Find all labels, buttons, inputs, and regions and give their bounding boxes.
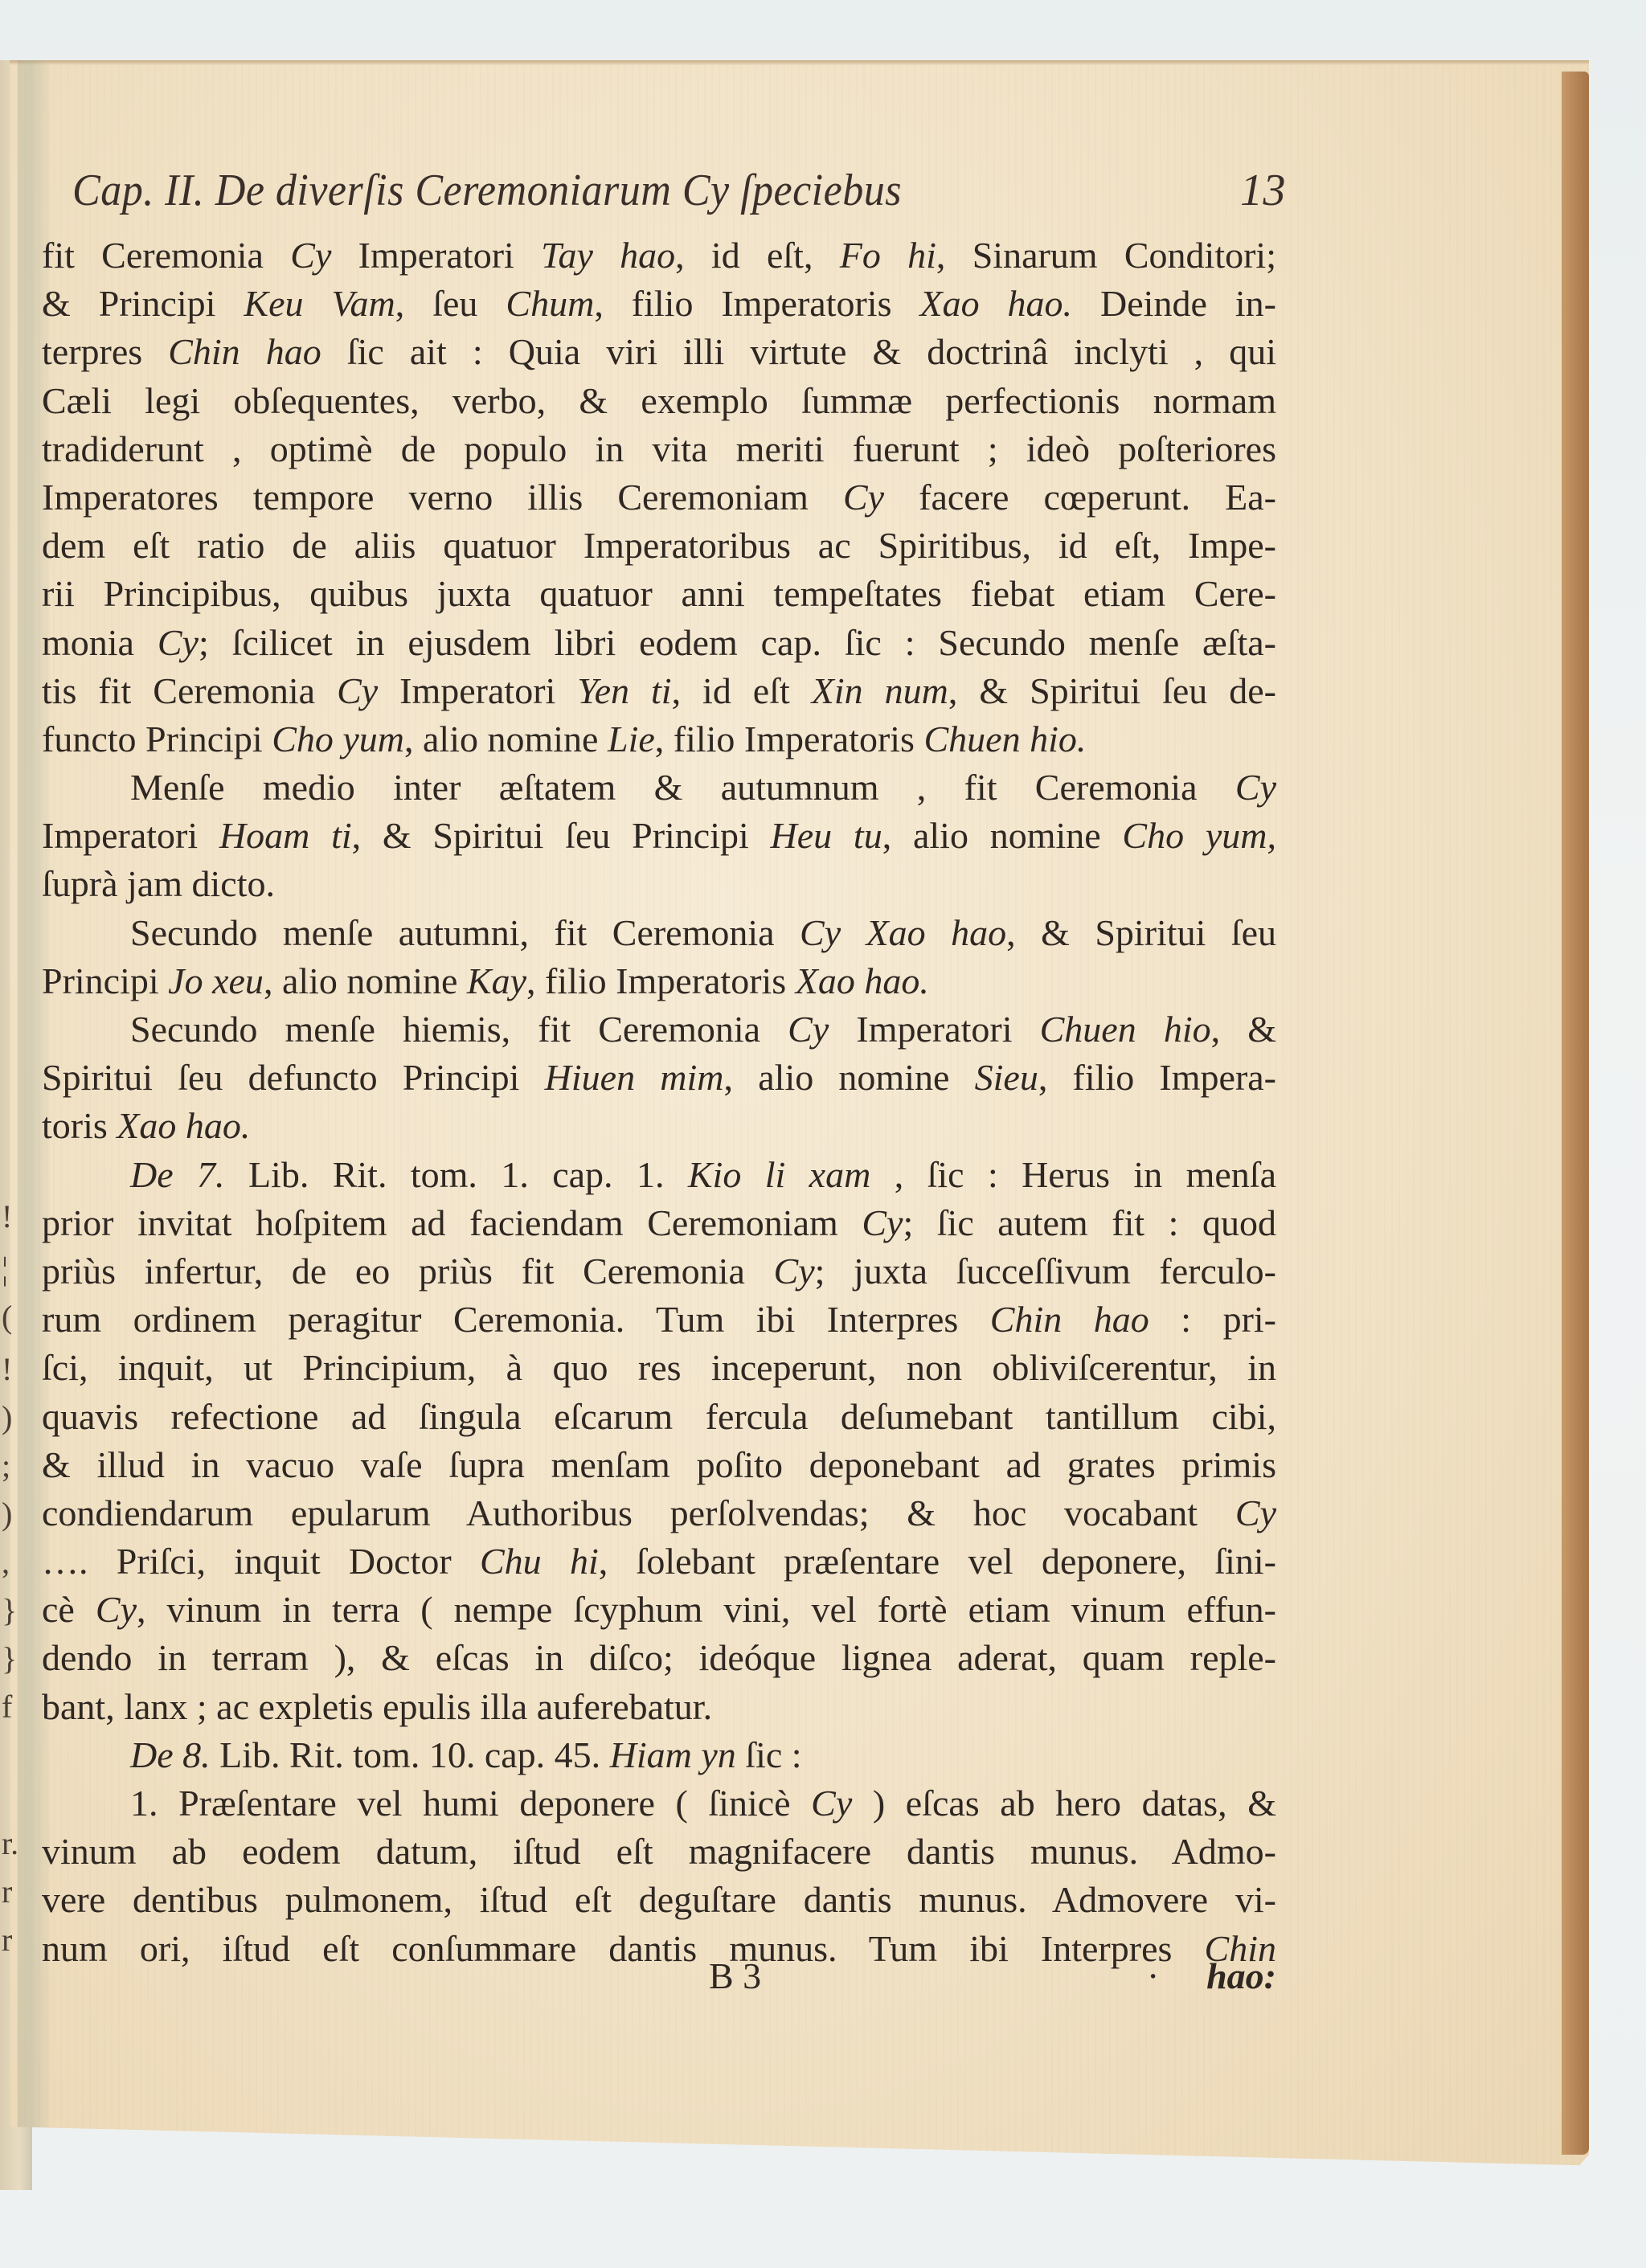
text-segment: vere dentibus pulmonem, iſtud eſt deguſt… — [42, 1879, 1276, 1920]
italic-segment: Cy — [337, 670, 378, 711]
text-segment: , & Spiritui ſeu — [1006, 912, 1276, 953]
text-segment: ; ſic autem fit : quod — [903, 1202, 1276, 1243]
text-segment: Spiritui ſeu defuncto Principi — [42, 1057, 545, 1098]
text-segment: monia — [42, 622, 158, 663]
text-segment: ; ſcilicet in ejusdem libri eodem cap. ſ… — [199, 622, 1276, 663]
text-segment: dendo in terram ), & eſcas in diſco; ide… — [42, 1637, 1276, 1678]
text-line: prior invitat hoſpitem ad faciendam Cere… — [42, 1199, 1276, 1247]
italic-segment: Cy — [290, 235, 331, 276]
text-line: dem eſt ratio de aliis quatuor Imperator… — [42, 522, 1276, 570]
text-line: Spiritui ſeu defuncto Principi Hiuen mim… — [42, 1054, 1276, 1102]
text-segment: terpres — [42, 331, 168, 372]
text-line: rii Principibus, quibus juxta quatuor an… — [42, 570, 1276, 618]
text-segment: & Principi — [42, 283, 244, 324]
text-line: Menſe medio inter æſtatem & autumnum , f… — [42, 764, 1276, 812]
text-line: Cæli legi obſequentes, verbo, & exemplo … — [42, 377, 1276, 425]
text-segment: dem eſt ratio de aliis quatuor Imperator… — [42, 525, 1276, 566]
italic-segment: Chuen hio — [1040, 1009, 1211, 1050]
text-segment: cè — [42, 1589, 96, 1630]
text-line: priùs infertur, de eo priùs fit Ceremoni… — [42, 1247, 1276, 1296]
text-segment: Principi — [42, 960, 168, 1001]
italic-segment: Cy — [774, 1251, 815, 1292]
text-segment: facere cœperunt. Ea- — [884, 477, 1276, 518]
text-segment: priùs infertur, de eo priùs fit Ceremoni… — [42, 1251, 774, 1292]
text-segment: tis fit Ceremonia — [42, 670, 337, 711]
italic-segment: Cy — [811, 1783, 852, 1824]
text-segment: rum ordinem peragitur Ceremonia. Tum ibi… — [42, 1299, 990, 1340]
italic-segment: Cy — [862, 1202, 903, 1243]
text-segment: functo Principi — [42, 718, 272, 759]
text-line: Imperatori Hoam ti, & Spiritui ſeu Princ… — [42, 812, 1276, 860]
catchword: hao: — [1206, 1955, 1276, 1997]
text-line: tradiderunt , optimè de populo in vita m… — [42, 425, 1276, 473]
text-line: ſci, inquit, ut Principium, à quo res in… — [42, 1344, 1276, 1392]
text-segment: , & Spiritui ſeu Principi — [352, 815, 771, 856]
italic-segment: Tay hao — [541, 235, 675, 276]
text-line: 1. Præſentare vel humi deponere ( ſinicè… — [42, 1779, 1276, 1828]
italic-segment: Kay — [467, 960, 526, 1001]
margin-mark: ! — [2, 1197, 12, 1235]
text-segment: rii Principibus, quibus juxta quatuor an… — [42, 573, 1276, 614]
italic-segment: Heu tu — [771, 815, 882, 856]
margin-mark: r — [2, 1873, 12, 1910]
text-segment: Secundo menſe autumni, fit Ceremonia — [130, 912, 800, 953]
text-line: toris Xao hao. — [42, 1102, 1276, 1150]
italic-segment: Chin hao — [168, 331, 321, 372]
italic-segment: De 8. — [130, 1734, 211, 1775]
italic-segment: Yen ti — [577, 670, 671, 711]
text-segment: , filio Impera- — [1038, 1057, 1276, 1098]
text-line: Secundo menſe autumni, fit Ceremonia Cy … — [42, 909, 1276, 957]
margin-mark: , — [2, 1543, 10, 1581]
text-segment: ) eſcas ab hero datas, & — [852, 1783, 1276, 1824]
text-line: & Principi Keu Vam, ſeu Chum, filio Impe… — [42, 280, 1276, 328]
text-segment: , alio nomine — [724, 1057, 975, 1098]
margin-mark: } — [2, 1591, 17, 1629]
italic-segment: Cy — [788, 1009, 829, 1050]
italic-segment: Hoam ti — [219, 815, 352, 856]
text-segment: prior invitat hoſpitem ad faciendam Cere… — [42, 1202, 862, 1243]
text-segment: & illud in vacuo vaſe ſupra menſam poſit… — [42, 1444, 1276, 1485]
text-segment: Cæli legi obſequentes, verbo, & exemplo … — [42, 380, 1276, 421]
text-line: functo Principi Cho yum, alio nomine Lie… — [42, 715, 1276, 764]
italic-segment: Cho yum, — [1122, 815, 1276, 856]
text-segment: Imperatori — [829, 1009, 1039, 1050]
text-segment: ſic ait : Quia viri illi virtute & doctr… — [321, 331, 1276, 372]
text-line: monia Cy; ſcilicet in ejusdem libri eode… — [42, 619, 1276, 667]
margin-mark: ( — [2, 1298, 12, 1336]
text-segment: , id eſt — [672, 670, 812, 711]
margin-mark: ) — [2, 1495, 12, 1533]
text-segment: , id eſt, — [675, 235, 840, 276]
page-top-edge — [10, 60, 1589, 65]
text-line: ſuprà jam dicto. — [42, 860, 1276, 908]
text-segment: ſic : — [736, 1734, 802, 1775]
italic-segment: De 7. — [130, 1154, 225, 1195]
text-line: rum ordinem peragitur Ceremonia. Tum ibi… — [42, 1296, 1276, 1344]
text-line: & illud in vacuo vaſe ſupra menſam poſit… — [42, 1441, 1276, 1489]
italic-segment: Cy — [96, 1589, 137, 1630]
text-segment: bant, lanx ; ac expletis epulis illa auf… — [42, 1686, 712, 1727]
italic-segment: Cy — [843, 477, 884, 518]
italic-segment: Fo hi — [840, 235, 936, 276]
italic-segment: Chuen hio. — [923, 718, 1086, 759]
text-segment: Imperatores tempore verno illis Ceremoni… — [42, 477, 843, 518]
italic-segment: Lie — [608, 718, 655, 759]
page-footer: B 3 · hao: — [42, 1955, 1276, 2003]
text-line: condiendarum epularum Authoribus perſolv… — [42, 1489, 1276, 1537]
italic-segment: Xao hao. — [919, 283, 1072, 324]
text-segment: Menſe medio inter æſtatem & autumnum , f… — [130, 767, 1235, 808]
italic-segment: Kio li xam — [688, 1154, 870, 1195]
margin-mark: f — [2, 1688, 12, 1726]
text-segment: toris — [42, 1105, 117, 1146]
text-line: vere dentibus pulmonem, iſtud eſt deguſt… — [42, 1876, 1276, 1924]
margin-mark: r. — [2, 1824, 18, 1862]
text-line: cè Cy, vinum in terra ( nempe ſcyphum vi… — [42, 1586, 1276, 1634]
margin-mark: ¦ — [2, 1250, 8, 1288]
text-segment: , Sinarum Conditori; — [936, 235, 1276, 276]
text-segment: ſci, inquit, ut Principium, à quo res in… — [42, 1347, 1276, 1388]
text-segment: , alio nomine — [404, 718, 608, 759]
text-segment: : pri- — [1149, 1299, 1276, 1340]
text-segment: Lib. Rit. tom. 1. cap. 1. — [225, 1154, 688, 1195]
italic-segment: Cy Xao hao — [800, 912, 1006, 953]
italic-segment: Jo xeu — [168, 960, 264, 1001]
text-segment: condiendarum epularum Authoribus perſolv… — [42, 1492, 1235, 1533]
text-segment: , ſic : Herus in menſa — [870, 1154, 1276, 1195]
text-segment: Imperatori — [42, 815, 219, 856]
text-line: …. Priſci, inquit Doctor Chu hi, ſoleban… — [42, 1537, 1276, 1586]
text-segment: , alio nomine — [264, 960, 467, 1001]
italic-segment: Xin num — [812, 670, 948, 711]
text-segment: 1. Præſentare vel humi deponere ( ſinicè — [130, 1783, 811, 1824]
body-text: fit Ceremonia Cy Imperatori Tay hao, id … — [42, 231, 1276, 1973]
text-segment: , filio Imperatoris — [655, 718, 924, 759]
text-segment: …. Priſci, inquit Doctor — [42, 1541, 480, 1582]
text-line: fit Ceremonia Cy Imperatori Tay hao, id … — [42, 231, 1276, 280]
footer-dot: · — [1147, 1955, 1159, 1997]
margin-mark: ) — [2, 1398, 12, 1436]
italic-segment: Hiuen mim — [545, 1057, 724, 1098]
italic-segment: Chu hi — [480, 1541, 599, 1582]
text-line: De 8. Lib. Rit. tom. 10. cap. 45. Hiam y… — [42, 1731, 1276, 1779]
italic-segment: Sieu — [975, 1057, 1038, 1098]
text-segment: Deinde in- — [1072, 283, 1276, 324]
text-segment: Secundo menſe hiemis, fit Ceremonia — [130, 1009, 788, 1050]
text-line: tis fit Ceremonia Cy Imperatori Yen ti, … — [42, 667, 1276, 715]
text-line: Imperatores tempore verno illis Ceremoni… — [42, 473, 1276, 522]
margin-mark: ; — [2, 1447, 10, 1484]
text-line: dendo in terram ), & eſcas in diſco; ide… — [42, 1634, 1276, 1682]
italic-segment: Keu Vam — [244, 283, 395, 324]
italic-segment: Cy — [158, 622, 199, 663]
page-number: 13 — [1240, 165, 1286, 216]
text-segment: Imperatori — [378, 670, 577, 711]
text-segment: , vinum in terra ( nempe ſcyphum vini, v… — [137, 1589, 1276, 1630]
text-segment: , ſeu — [395, 283, 506, 324]
text-segment: , filio Imperatoris — [594, 283, 919, 324]
italic-segment: Cho yum — [272, 718, 404, 759]
text-segment: tradiderunt , optimè de populo in vita m… — [42, 428, 1276, 469]
text-segment: , ſolebant præſentare vel deponere, ſini… — [599, 1541, 1276, 1582]
text-segment: Lib. Rit. tom. 10. cap. 45. — [211, 1734, 610, 1775]
text-line: quavis refectione ad ſingula eſcarum fer… — [42, 1393, 1276, 1441]
fore-edge — [1562, 72, 1589, 2155]
text-segment: Imperatori — [331, 235, 541, 276]
italic-segment: Cy — [1235, 1492, 1276, 1533]
text-segment: ; juxta ſucceſſivum ferculo- — [815, 1251, 1276, 1292]
signature-mark: B 3 — [709, 1955, 761, 1997]
running-head: Cap. II. De diverſis Ceremoniarum Cy ſpe… — [72, 165, 1286, 221]
italic-segment: Cy — [1235, 767, 1276, 808]
italic-segment: Chum — [506, 283, 594, 324]
text-line: terpres Chin hao ſic ait : Quia viri ill… — [42, 328, 1276, 376]
text-segment: ſuprà jam dicto. — [42, 863, 275, 904]
text-line: vinum ab eodem datum, iſtud eſt magnifac… — [42, 1828, 1276, 1876]
italic-segment: Hiam yn — [610, 1734, 736, 1775]
left-margin-bleed-marks: !¦(!);),}}fr.rr — [0, 0, 32, 2268]
text-segment: vinum ab eodem datum, iſtud eſt magnifac… — [42, 1831, 1276, 1872]
text-line: Principi Jo xeu, alio nomine Kay, filio … — [42, 957, 1276, 1005]
text-segment: , filio Imperatoris — [526, 960, 796, 1001]
italic-segment: Xao hao. — [117, 1105, 250, 1146]
margin-mark: r — [2, 1921, 12, 1959]
running-head-title: Cap. II. De diverſis Ceremoniarum Cy ſpe… — [72, 165, 902, 216]
italic-segment: Chin hao — [990, 1299, 1149, 1340]
italic-segment: Xao hao. — [796, 960, 929, 1001]
text-line: De 7. Lib. Rit. tom. 1. cap. 1. Kio li x… — [42, 1151, 1276, 1199]
text-segment: , & Spiritui ſeu de- — [948, 670, 1276, 711]
text-segment: quavis refectione ad ſingula eſcarum fer… — [42, 1396, 1276, 1437]
text-segment: fit Ceremonia — [42, 235, 290, 276]
margin-mark: } — [2, 1640, 17, 1677]
margin-mark: ! — [2, 1350, 12, 1388]
text-line: bant, lanx ; ac expletis epulis illa auf… — [42, 1683, 1276, 1731]
text-segment: , alio nomine — [882, 815, 1123, 856]
text-line: Secundo menſe hiemis, fit Ceremonia Cy I… — [42, 1005, 1276, 1054]
text-segment: , & — [1211, 1009, 1276, 1050]
